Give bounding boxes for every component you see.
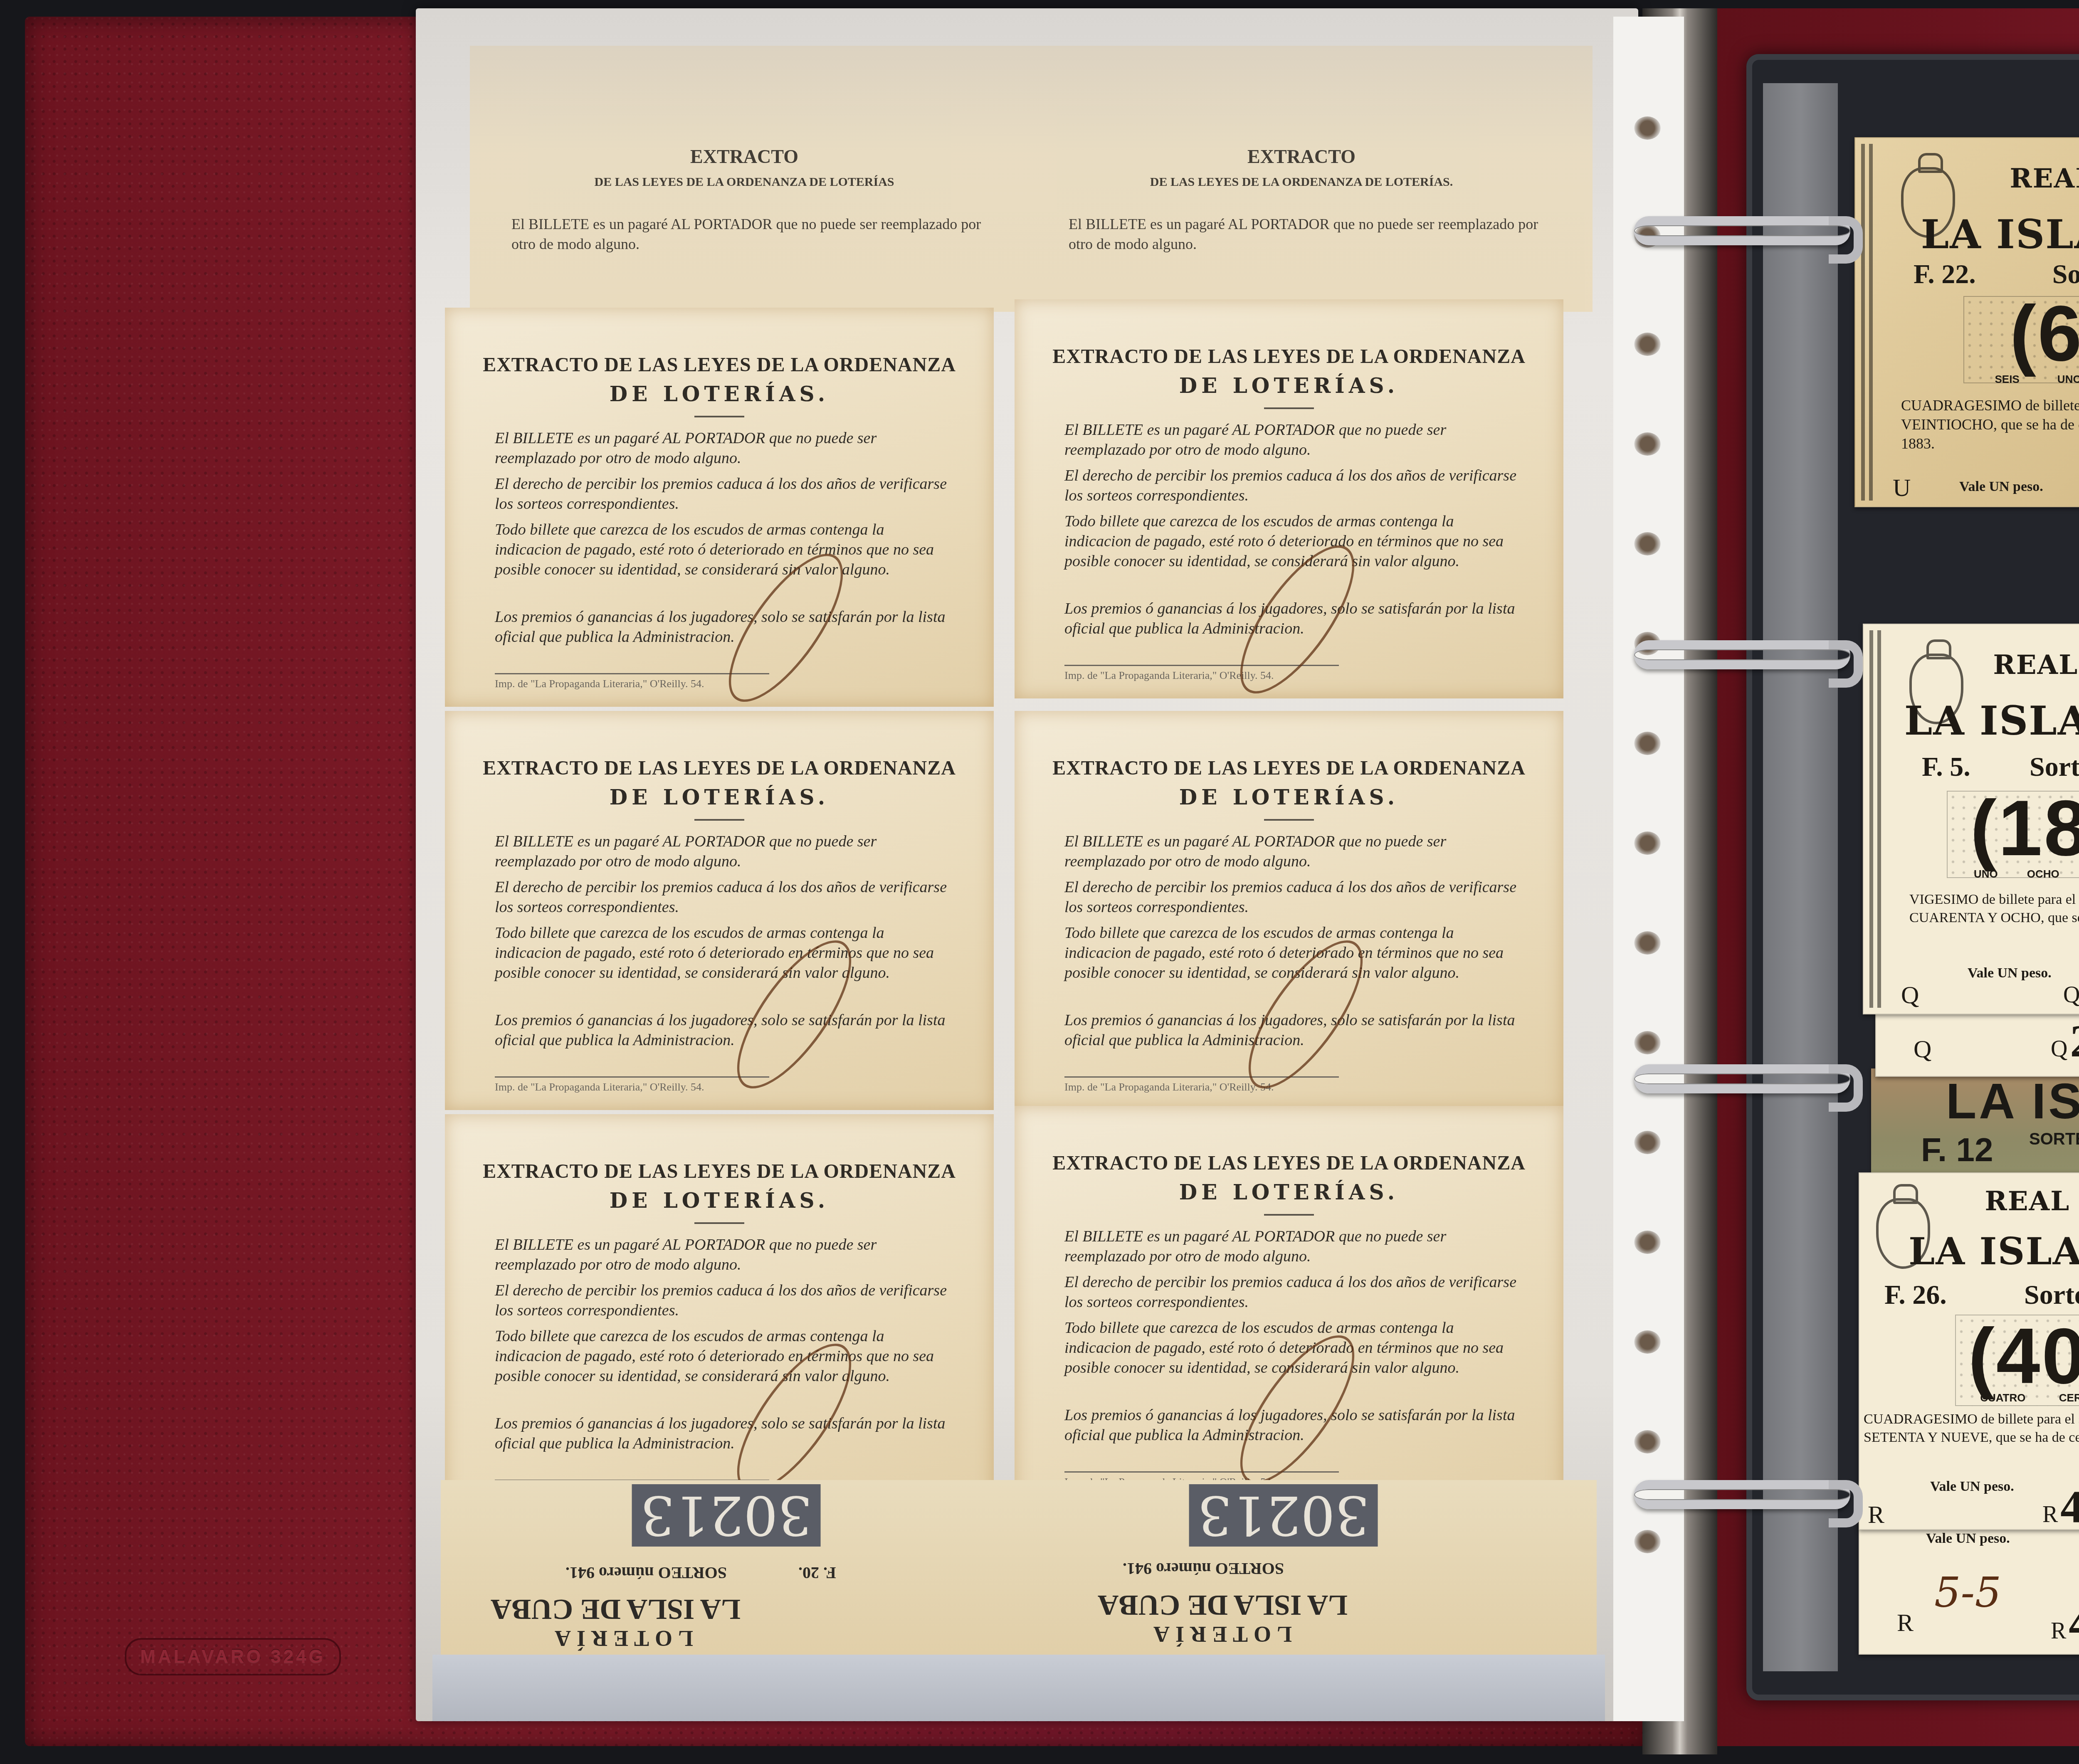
extract-paragraph: El derecho de percibir los premios caduc…	[1064, 466, 1522, 506]
digit-word: SEIS	[1995, 373, 2020, 386]
extract-text: El BILLETE es un pagaré AL PORTADOR que …	[1052, 214, 1551, 254]
ticket-fraction: F. 5.	[1922, 751, 1970, 783]
cover-emboss-logo: MALAVARO 324G	[125, 1638, 341, 1675]
extract-heading: EXTRACTO DE LAS LEYES DE LA ORDENANZA	[445, 353, 994, 376]
extract-heading: EXTRACTO	[1052, 146, 1551, 168]
punch-hole	[1634, 432, 1661, 456]
sheet-punch-strip	[1613, 17, 1684, 1721]
extract-subheading: DE LAS LEYES DE LA ORDENANZA DE LOTERÍAS	[495, 175, 994, 189]
fraction-number: 40	[2060, 1481, 2079, 1530]
ticket-sorteo: Sorteo Núm. 1179.	[2024, 1279, 2079, 1311]
punch-hole	[1634, 333, 1661, 356]
ticket-info-row: F. 22. Sorteo Núm. 1128. G	[1914, 259, 2079, 290]
extract-paragraph: Todo billete que carezca de los escudos …	[1064, 511, 1522, 571]
digit-word: OCHO	[2027, 868, 2059, 881]
ticket-number: (6134)	[1855, 294, 2079, 373]
extract-paragraph: El BILLETE es un pagaré AL PORTADOR que …	[1064, 1226, 1522, 1266]
extract-column: EXTRACTO DE LAS LEYES DE LA ORDENANZA DE…	[1052, 146, 1551, 254]
fraction-number: 40	[2069, 1598, 2079, 1648]
serie-letter: U	[1893, 474, 1911, 502]
binder-ring	[1634, 640, 1850, 669]
ticket-number: (4021)	[1859, 1317, 2079, 1396]
ticket-subtitle: LA ISLA DE CUBA	[1864, 697, 2079, 744]
punch-hole	[1634, 116, 1661, 140]
extract-subheading: DE LOTERÍAS.	[445, 785, 994, 809]
ticket-subtitle: LA ISLA DE CUBA	[1855, 211, 2079, 258]
punch-hole	[1634, 1430, 1661, 1453]
punch-hole	[1634, 532, 1661, 555]
ticket-info-row: F. 5. Sorteo Núm. 1148. V	[1922, 751, 2079, 783]
fraction-value: R40	[2042, 1480, 2079, 1530]
serie-letter: R	[1897, 1609, 1914, 1637]
digit-word: UNO	[2057, 373, 2079, 386]
lottery-ticket-6134[interactable]: REAL LOTERIA DE LA ISLA DE CUBA F. 22. S…	[1854, 137, 2079, 507]
extract-subheading: DE LOTERÍAS.	[1015, 785, 1563, 809]
extract-subheading: DE LOTERÍAS.	[445, 382, 994, 406]
extract-heading: EXTRACTO DE LAS LEYES DE LA ORDENANZA	[445, 757, 994, 780]
ticket-title: REAL LOTERIA	[1855, 163, 2079, 194]
divider	[694, 819, 744, 821]
divider	[1264, 819, 1314, 821]
divider	[1264, 407, 1314, 409]
punch-hole	[1634, 1031, 1661, 1054]
ticket-fraction: F. 12	[1921, 1131, 1993, 1169]
serie-letter: R	[1868, 1500, 1884, 1529]
extract-paragraph: El BILLETE es un pagaré AL PORTADOR que …	[1064, 420, 1522, 460]
ticket-sorteo: Sorteo Núm. 1148.	[2030, 751, 2079, 783]
ticket-vale: Vale UN peso.	[1968, 965, 2052, 981]
extract-block: EXTRACTO DE LAS LEYES DE LA ORDENANZA DE…	[445, 308, 994, 707]
serie-letter: Q	[2063, 982, 2079, 1008]
binder-album: MALAVARO 324G EXTRACTO DE LAS LEYES DE L…	[0, 0, 2079, 1764]
extract-paragraph: Todo billete que carezca de los escudos …	[1064, 923, 1522, 983]
ticket-stub[interactable]: Vale UN peso. El Administrador principal…	[1859, 1517, 2079, 1655]
divider	[694, 1222, 744, 1224]
ticket-subtitle: LA ISLA DE CUBA	[1859, 1229, 2079, 1273]
ticket-vale: Vale UN peso.	[1930, 1479, 2014, 1495]
ticket-subtitle: LOTERÍA	[1148, 1621, 1292, 1647]
fraction-number: 20	[2070, 1016, 2079, 1066]
sorteo-label: SORTEO NUMERO	[2029, 1131, 2079, 1147]
extract-heading: EXTRACTO DE LAS LEYES DE LA ORDENANZA	[1015, 345, 1563, 368]
digit-word: UNO	[1974, 868, 1998, 881]
serie-letter: Q	[1914, 1035, 1931, 1063]
punch-hole	[1634, 1231, 1661, 1254]
ticket-title: REAL LOTERIA	[1864, 649, 2079, 681]
extract-heading: EXTRACTO	[495, 146, 994, 168]
ticket-de: DE	[1864, 683, 2079, 699]
extract-subheading: DE LOTERÍAS.	[1015, 373, 1563, 398]
ticket-subtitle: LOTERÍA	[549, 1626, 693, 1651]
extract-paragraph: Todo billete que carezca de los escudos …	[495, 1326, 952, 1386]
extract-paragraph: El derecho de percibir los premios caduc…	[495, 1280, 952, 1320]
ticket-body-text: VIGESIMO de billete para el sorteo ordin…	[1909, 891, 2079, 927]
ticket-sorteo: Sorteo Núm. 1128.	[2052, 259, 2079, 290]
extract-paragraph: El derecho de percibir los premios caduc…	[1064, 877, 1522, 917]
fraction-value: Q20	[2051, 1015, 2079, 1068]
divider	[694, 416, 744, 417]
extract-paragraph: Todo billete que carezca de los escudos …	[495, 923, 952, 983]
extract-subheading: DE LOTERÍAS.	[1015, 1180, 1563, 1204]
serie-letter: Q	[2051, 1036, 2067, 1062]
extract-paragraph: El BILLETE es un pagaré AL PORTADOR que …	[495, 1235, 952, 1275]
ticket-number: 30213	[1189, 1484, 1378, 1547]
ticket-body-text: CUADRAGESIMO de billete para el sorteo o…	[1864, 1410, 2079, 1447]
ticket-body-text: CUADRAGESIMO de billete para el sorteo o…	[1901, 396, 2079, 453]
extract-paragraph: Los premios ó ganancias á los jugadores,…	[495, 607, 952, 647]
ticket-title: LA ISLA DE CUBA	[1098, 1588, 1348, 1621]
ticket-sorteo: SORTEO número 941.	[565, 1563, 727, 1583]
digit-word: CERO	[2059, 1391, 2079, 1404]
extract-block: EXTRACTO DE LAS LEYES DE LA ORDENANZA DE…	[1015, 1106, 1563, 1505]
extract-paragraph: El derecho de percibir los premios caduc…	[495, 877, 952, 917]
ticket-number: 30213	[632, 1484, 821, 1547]
serie-letter: R	[2042, 1502, 2058, 1527]
extract-paragraph: Todo billete que carezca de los escudos …	[495, 520, 952, 580]
extract-text: El BILLETE es un pagaré AL PORTADOR que …	[495, 214, 994, 254]
lottery-ticket-18500[interactable]: REAL LOTERIA DE LA ISLA DE CUBA F. 5. So…	[1863, 624, 2079, 1014]
upside-down-ticket-strip: 30213 30213 SORTEO número 941. LA ISLA D…	[441, 1480, 1597, 1655]
punch-hole	[1634, 1330, 1661, 1354]
pocket-page-binding-strip	[1763, 83, 1838, 1671]
binder-ring	[1634, 216, 1850, 245]
fraction-value: Q20	[2063, 961, 2079, 1014]
binder-ring	[1634, 1480, 1850, 1509]
extract-subheading: DE LOTERÍAS.	[445, 1188, 994, 1213]
ticket-de: DE	[1855, 196, 2079, 213]
punch-hole	[1634, 831, 1661, 855]
extract-block: EXTRACTO DE LAS LEYES DE LA ORDENANZA DE…	[445, 711, 994, 1110]
printer-imprint: Imp. de "La Propaganda Literaria," O'Rei…	[1064, 1076, 1339, 1093]
extract-paragraph: Los premios ó ganancias á los jugadores,…	[495, 1414, 952, 1453]
serie-letter: Q	[1901, 981, 1919, 1009]
extract-paragraph: Los premios ó ganancias á los jugadores,…	[495, 1010, 952, 1050]
ticket-info-row: F. 26. Sorteo Núm. 1179. S	[1884, 1279, 2079, 1311]
ticket-title: REAL LOTERIA	[1859, 1186, 2079, 1217]
extract-paragraph: El BILLETE es un pagaré AL PORTADOR que …	[1064, 831, 1522, 871]
ticket-sorteo: SORTEO número 941.	[1123, 1559, 1284, 1579]
extract-heading: EXTRACTO DE LAS LEYES DE LA ORDENANZA	[1015, 1152, 1563, 1174]
divider	[1264, 1214, 1314, 1216]
number-words: SEIS UNO TRES CUATRO	[1976, 373, 2079, 386]
extract-paragraph: El BILLETE es un pagaré AL PORTADOR que …	[495, 831, 952, 871]
sleeve-bottom-edge	[432, 1655, 1605, 1721]
ticket-fraction: F. 20.	[798, 1563, 836, 1583]
extract-paragraph: El derecho de percibir los premios caduc…	[495, 474, 952, 514]
ticket-fraction: F. 26.	[1884, 1279, 1947, 1311]
extract-paragraph: El BILLETE es un pagaré AL PORTADOR que …	[495, 428, 952, 468]
extract-block: EXTRACTO DE LAS LEYES DE LA ORDENANZA DE…	[445, 1114, 994, 1513]
extract-block: EXTRACTO DE LAS LEYES DE LA ORDENANZA DE…	[1015, 711, 1563, 1110]
punch-hole	[1634, 732, 1661, 755]
lottery-ticket-4021[interactable]: REAL LOTERIA DE LA ISLA DE CUBA F. 26. S…	[1859, 1172, 2079, 1530]
printer-imprint: Imp. de "La Propaganda Literaria," O'Rei…	[495, 1076, 769, 1093]
digit-word: CUATRO	[1980, 1391, 2025, 1404]
ticket-fraction: F. 22.	[1914, 259, 1976, 290]
extract-column: EXTRACTO DE LAS LEYES DE LA ORDENANZA DE…	[495, 146, 994, 254]
extract-paragraph: El derecho de percibir los premios caduc…	[1064, 1272, 1522, 1312]
punch-hole	[1634, 931, 1661, 955]
ticket-number: (18500)	[1864, 789, 2079, 868]
background-ticket: LA ISLA DE CUBA. F. 12 SORTEO NUMERO 151…	[1871, 1068, 2079, 1185]
ticket-title: LA ISLA DE CUBA.	[1946, 1073, 2079, 1130]
ticket-vale: Vale UN peso.	[1926, 1531, 2010, 1547]
binder-ring	[1634, 1064, 1850, 1093]
extract-heading: EXTRACTO DE LAS LEYES DE LA ORDENANZA	[445, 1160, 994, 1183]
top-extract-sheet: EXTRACTO DE LAS LEYES DE LA ORDENANZA DE…	[470, 46, 1593, 312]
punch-hole	[1634, 1530, 1661, 1553]
extract-subheading: DE LAS LEYES DE LA ORDENANZA DE LOTERÍAS…	[1052, 175, 1551, 189]
punch-hole	[1634, 1131, 1661, 1154]
fraction-value: R40	[2051, 1597, 2079, 1650]
ticket-title: LA ISLA DE CUBA	[491, 1592, 741, 1626]
ticket-vale: Vale UN peso.	[1959, 479, 2043, 495]
number-words: CUATRO CERO DOS UNO	[1963, 1391, 2079, 1404]
serie-letter: R	[2051, 1618, 2066, 1644]
number-words: UNO OCHO CINCO CERO CERO	[1959, 868, 2079, 881]
extract-heading: EXTRACTO DE LAS LEYES DE LA ORDENANZA	[1015, 757, 1563, 780]
extract-block: EXTRACTO DE LAS LEYES DE LA ORDENANZA DE…	[1015, 299, 1563, 698]
printer-imprint: Imp. de "La Propaganda Literaria," O'Rei…	[495, 673, 769, 690]
handwritten-mark: 5-5	[1934, 1568, 2001, 1617]
